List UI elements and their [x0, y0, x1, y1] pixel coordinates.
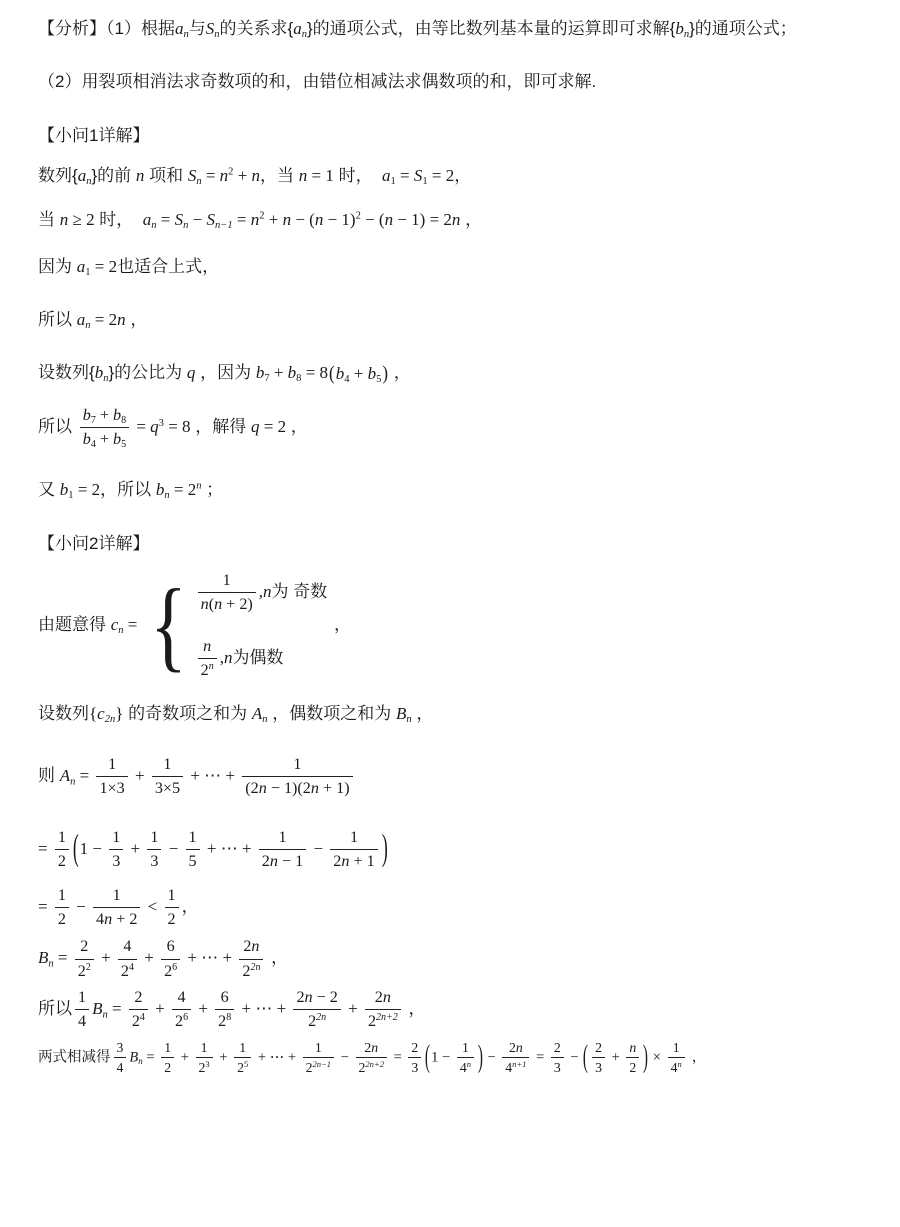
numerator: 2: [408, 1039, 421, 1056]
math-variable: b: [675, 19, 684, 38]
text-run: 设数列: [38, 704, 89, 723]
math-operator: 2: [164, 963, 172, 980]
fraction: 13×5: [152, 754, 183, 799]
math-variable: a: [293, 19, 302, 38]
left-paren: (: [328, 359, 336, 389]
math-variable: B: [92, 999, 102, 1018]
math-operator: 4: [78, 1013, 86, 1030]
math-operator: 2: [375, 989, 383, 1006]
math-variable: n: [117, 310, 126, 329]
math-operator: = 2: [259, 417, 286, 436]
math-operator: 2: [308, 1013, 316, 1030]
math-variable: A: [252, 704, 262, 723]
denominator: 28: [215, 1011, 234, 1032]
line-q-solve: 所以 b7 + b8b4 + b5 = q3 = 8 ，解得 q = 2 ，: [38, 405, 872, 450]
math-variable: a: [77, 257, 86, 276]
math-operator: + ⋯ +: [203, 839, 256, 858]
document-body: 【分析】（1）根据an与Sn的关系求{an}的通项公式，由等比数列基本量的运算即…: [38, 16, 872, 1077]
fraction-bar: [330, 849, 377, 850]
math-operator: =: [124, 615, 142, 634]
math-operator: =: [38, 839, 52, 858]
paren-group: (1 − 14n): [424, 1039, 484, 1076]
text-run: 时，: [95, 210, 143, 229]
denominator: 5: [186, 851, 200, 872]
math-variable: n: [371, 1040, 378, 1055]
numerator: 1: [161, 1039, 174, 1056]
math-operator: =: [396, 166, 414, 185]
numerator: 6: [218, 987, 232, 1008]
denominator: 22n−1: [303, 1059, 334, 1076]
math-variable: c: [97, 704, 105, 723]
fraction: 424: [118, 936, 137, 981]
numerator: 2n: [506, 1039, 526, 1056]
math-operator: 2: [262, 853, 270, 870]
fraction: 122n−1: [303, 1039, 334, 1076]
fraction: b7 + b8b4 + b5: [80, 405, 129, 450]
subscript: 8: [121, 415, 126, 426]
math-operator: +: [344, 999, 362, 1018]
math-operator: 1: [223, 572, 231, 589]
fraction: 426: [172, 987, 191, 1032]
math-operator: − 1) = 2: [393, 210, 452, 229]
text-run: 由题意得: [38, 615, 111, 634]
math-operator: 2: [188, 480, 197, 499]
math-operator: = 1: [307, 166, 334, 185]
fraction-bar: [55, 849, 69, 850]
math-operator: 5: [189, 853, 197, 870]
math-operator: 2: [80, 938, 88, 955]
fraction-bar: [93, 907, 140, 908]
text-run: 的奇数项之和为: [123, 704, 251, 723]
math-operator: + ⋯ +: [237, 999, 290, 1018]
math-operator: +: [177, 1050, 192, 1066]
math-variable: n: [629, 1040, 636, 1055]
paren-group: (b4 + b5): [328, 361, 389, 387]
math-operator: <: [143, 897, 161, 916]
fraction: 12: [161, 1039, 174, 1076]
math-operator: 1: [58, 887, 66, 904]
text-run: 又: [38, 480, 60, 499]
fraction-bar: [114, 1057, 127, 1058]
math-operator: − 1): [323, 210, 355, 229]
line-bn-formula: 又 b1 = 2，所以 bn = 2n ；: [38, 477, 872, 503]
right-paren: ): [381, 359, 389, 389]
paren-body: b4 + b5: [336, 361, 382, 387]
math-variable: n: [299, 166, 308, 185]
math-operator: =: [108, 999, 126, 1018]
fraction-bar: [152, 776, 183, 777]
math-variable: B: [396, 704, 406, 723]
math-operator: 4: [178, 989, 186, 1006]
line-bn-quarter: 所以14Bn = 224 + 426 + 628 + ⋯ + 2n − 222n…: [38, 987, 872, 1032]
text-run: ，解得: [191, 417, 251, 436]
denominator: 1×3: [96, 778, 127, 799]
text-run: 与: [189, 19, 206, 38]
numerator: 1: [165, 885, 179, 906]
denominator: 23: [196, 1059, 213, 1076]
fraction: 15: [186, 827, 200, 872]
math-operator: 2: [132, 1013, 140, 1030]
fraction-bar: [293, 1009, 340, 1010]
math-operator: +: [126, 839, 144, 858]
fraction-bar: [186, 849, 200, 850]
numerator: 1: [105, 754, 119, 775]
text-run: ，: [460, 210, 482, 229]
superscript: n: [677, 1059, 681, 1069]
denominator: 26: [161, 961, 180, 982]
math-operator: = 2: [74, 480, 101, 499]
numerator: 1: [110, 885, 124, 906]
paren-group: (1 − 13 + 13 − 15 + ⋯ + 12n − 1 − 12n + …: [72, 827, 388, 872]
denominator: 26: [172, 1011, 191, 1032]
math-operator: − (: [291, 210, 315, 229]
math-operator: +: [194, 999, 212, 1018]
fraction-bar: [165, 907, 179, 908]
math-operator: +: [151, 999, 169, 1018]
numerator: 1: [220, 570, 234, 591]
math-operator: 3: [411, 1060, 418, 1075]
text-run: }的通项公式，由等比数列基本量的运算即可求解{: [307, 19, 675, 38]
denominator: 22n+2: [365, 1011, 401, 1032]
superscript: 2n: [250, 962, 260, 973]
math-operator: 4: [117, 1060, 124, 1075]
denominator: 4n: [668, 1059, 685, 1076]
text-run: 当: [38, 210, 60, 229]
fraction: 2n − 222n: [293, 987, 340, 1032]
numerator: 1: [198, 1039, 211, 1056]
line-cn-cases: 由题意得 cn = {1n(n + 2),n为 奇数n2n,n为偶数 ，: [38, 570, 872, 681]
math-variable: n: [305, 989, 313, 1006]
math-variable: a: [77, 310, 86, 329]
fraction-bar: [129, 1009, 148, 1010]
math-operator: 1×3: [99, 780, 124, 797]
text-run: ，偶数项之和为: [268, 704, 396, 723]
math-variable: b: [113, 407, 121, 424]
fraction: 2n22n: [239, 936, 263, 981]
fraction-bar: [365, 1009, 401, 1010]
line-a1-fits: 因为 a1 = 2也适合上式，: [38, 254, 872, 280]
superscript: 4: [129, 962, 134, 973]
denominator: (2n − 1)(2n + 1): [242, 778, 352, 799]
math-variable: n: [252, 166, 261, 185]
math-operator: +: [96, 407, 113, 424]
case-row: 1n(n + 2),n为 奇数: [195, 570, 328, 615]
math-operator: 1: [239, 1040, 246, 1055]
fraction: 626: [161, 936, 180, 981]
fraction: 11×3: [96, 754, 127, 799]
math-operator: 1: [58, 829, 66, 846]
math-variable: n: [201, 596, 209, 613]
fraction: 12: [165, 885, 179, 930]
fraction: 13: [109, 827, 123, 872]
math-operator: 2: [58, 853, 66, 870]
fraction-bar: [75, 1009, 89, 1010]
math-variable: b: [336, 364, 345, 383]
math-variable: a: [143, 210, 152, 229]
numerator: 1: [75, 987, 89, 1008]
math-variable: n: [516, 1040, 523, 1055]
denominator: 24: [129, 1011, 148, 1032]
text-run: }的通项公式；: [689, 19, 797, 38]
fraction: 2n22n+2: [356, 1039, 387, 1076]
fraction: 12n + 1: [330, 827, 377, 872]
math-operator: 3: [117, 1040, 124, 1055]
math-operator: + 2): [222, 596, 253, 613]
math-operator: 1: [293, 756, 301, 773]
math-operator: − 1)(2: [267, 780, 311, 797]
superscript: n: [209, 661, 214, 672]
numerator: 4: [175, 987, 189, 1008]
superscript: 6: [183, 1012, 188, 1023]
math-operator: 3: [595, 1060, 602, 1075]
fraction: n2: [626, 1039, 639, 1076]
fraction: 628: [215, 987, 234, 1032]
fraction-bar: [147, 849, 161, 850]
math-variable: b: [288, 363, 297, 382]
fraction: 1(2n − 1)(2n + 1): [242, 754, 352, 799]
numerator: 2: [592, 1039, 605, 1056]
text-run: ，: [329, 615, 351, 634]
left-paren: (: [582, 1034, 589, 1082]
fraction-bar: [109, 849, 123, 850]
math-operator: 1: [201, 1040, 208, 1055]
text-run: 所以: [38, 417, 77, 436]
section-title-1: 【小问1详解】: [38, 123, 872, 149]
text-run: 的关系求{: [220, 19, 294, 38]
numerator: 2: [131, 987, 145, 1008]
denominator: 2n: [198, 660, 217, 681]
fraction: 34: [114, 1039, 127, 1076]
math-variable: A: [60, 766, 70, 785]
fraction-bar: [408, 1057, 421, 1058]
math-operator: =: [75, 766, 93, 785]
math-operator: 2: [134, 989, 142, 1006]
numerator: 1: [312, 1039, 325, 1056]
paren-group: (23 + n2): [582, 1039, 649, 1076]
denominator: 24: [118, 961, 137, 982]
math-operator: 1: [278, 829, 286, 846]
math-variable: b: [83, 407, 91, 424]
math-operator: ≥ 2: [68, 210, 94, 229]
math-operator: 4: [96, 911, 104, 928]
numerator: 2n: [361, 1039, 381, 1056]
fraction-bar: [626, 1057, 639, 1058]
math-operator: +: [608, 1050, 623, 1066]
math-operator: 2: [509, 1040, 516, 1055]
superscript: n: [467, 1059, 471, 1069]
math-operator: 2: [368, 1013, 376, 1030]
numerator: 1: [160, 754, 174, 775]
cases-column: 1n(n + 2),n为 奇数n2n,n为偶数: [195, 570, 328, 681]
fraction-bar: [96, 776, 127, 777]
math-variable: S: [175, 210, 184, 229]
math-operator: + ⋯ +: [254, 1050, 299, 1066]
math-operator: 2: [629, 1060, 636, 1075]
fraction-bar: [215, 1009, 234, 1010]
math-variable: S: [206, 19, 215, 38]
denominator: 4: [75, 1011, 89, 1032]
math-variable: b: [368, 364, 377, 383]
fraction-bar: [75, 959, 94, 960]
math-operator: =: [233, 210, 251, 229]
math-operator: 3: [554, 1060, 561, 1075]
denominator: 22: [75, 961, 94, 982]
numerator: b7 + b8: [80, 405, 129, 426]
math-operator: = 2: [91, 257, 118, 276]
math-operator: 1: [350, 829, 358, 846]
line-bn-sum: Bn = 222 + 424 + 626 + ⋯ + 2n22n ，: [38, 936, 872, 981]
math-operator: −: [337, 1050, 352, 1066]
denominator: 2n − 1: [259, 851, 306, 872]
math-operator: =: [170, 480, 188, 499]
fraction: 14: [75, 987, 89, 1032]
fraction: 222: [75, 936, 94, 981]
math-operator: =: [143, 1050, 158, 1066]
text-run: 数列{: [38, 166, 78, 185]
line-an-result: = 12 − 14n + 2 < 12，: [38, 885, 872, 930]
numerator: 1: [347, 827, 361, 848]
math-operator: 1: [168, 887, 176, 904]
fraction-bar: [80, 427, 129, 428]
left-paren: (: [72, 821, 80, 878]
math-operator: 2: [164, 1060, 171, 1075]
numerator: 2n − 2: [293, 987, 340, 1008]
math-operator: = 8: [301, 363, 328, 382]
superscript: 8: [226, 1012, 231, 1023]
math-operator: − (: [361, 210, 385, 229]
line-an-recurrence: 当 n ≥ 2 时， an = Sn − Sn−1 = n2 + n − (n …: [38, 207, 872, 233]
math-operator: 2: [595, 1040, 602, 1055]
fraction: 224: [129, 987, 148, 1032]
fraction: 13: [147, 827, 161, 872]
denominator: 4n+1: [502, 1059, 529, 1076]
text-run: 因为: [38, 257, 77, 276]
right-paren: ): [642, 1034, 649, 1082]
text-run: 【小问1详解】: [38, 126, 149, 145]
math-operator: 1: [108, 756, 116, 773]
text-run: ，当: [260, 166, 299, 185]
text-run: ，: [126, 310, 148, 329]
denominator: 3: [408, 1059, 421, 1076]
math-operator: 1 −: [80, 839, 107, 858]
text-run: ，: [182, 897, 199, 916]
superscript: 4: [140, 1012, 145, 1023]
text-run: 也适合上式，: [117, 257, 219, 276]
fraction-bar: [234, 1057, 251, 1058]
math-variable: b: [113, 431, 121, 448]
section-title-2: 【小问2详解】: [38, 531, 872, 557]
math-operator: = 2: [91, 310, 118, 329]
numerator: n: [626, 1039, 639, 1056]
fraction-bar: [118, 959, 137, 960]
line-an-formula: 所以 an = 2n ，: [38, 307, 872, 333]
numerator: n: [200, 636, 214, 657]
denominator: 22n: [305, 1011, 329, 1032]
text-run: ；: [201, 480, 223, 499]
superscript: 5: [244, 1059, 248, 1069]
math-operator: =: [54, 949, 72, 968]
subscript: 2n: [105, 714, 116, 725]
math-operator: ×: [649, 1050, 664, 1066]
fraction: n2n: [198, 636, 217, 681]
text-run: ，: [412, 704, 434, 723]
line-bn-setup: 设数列{bn}的公比为 q ，因为 b7 + b8 = 8(b4 + b5) ，: [38, 360, 872, 387]
math-operator: =: [532, 1050, 547, 1066]
fraction-bar: [198, 592, 256, 593]
math-operator: 2: [121, 963, 129, 980]
math-variable: n: [220, 166, 229, 185]
analysis-line-1: 【分析】（1）根据an与Sn的关系求{an}的通项公式，由等比数列基本量的运算即…: [38, 16, 872, 42]
numerator: 3: [114, 1039, 127, 1056]
math-operator: 1: [113, 887, 121, 904]
text-run: }的前: [91, 166, 135, 185]
denominator: 22n: [239, 961, 263, 982]
math-operator: =: [202, 166, 220, 185]
document-page: 【分析】（1）根据an与Sn的关系求{an}的通项公式，由等比数列基本量的运算即…: [38, 16, 872, 1077]
math-operator: 2: [201, 662, 209, 679]
numerator: 1: [147, 827, 161, 848]
denominator: 3: [551, 1059, 564, 1076]
math-operator: 1: [150, 829, 158, 846]
numerator: 1: [275, 827, 289, 848]
numerator: 1: [55, 885, 69, 906]
math-variable: n: [383, 989, 391, 1006]
numerator: 4: [120, 936, 134, 957]
text-run: 两式相减得: [38, 1050, 111, 1066]
denominator: 22n+2: [356, 1059, 387, 1076]
math-operator: − 2: [313, 989, 338, 1006]
math-operator: 3×5: [155, 780, 180, 797]
math-variable: n: [270, 853, 278, 870]
math-operator: 2: [237, 1060, 244, 1075]
paren-body: 23 + n2: [589, 1039, 642, 1076]
fraction: 2n4n+1: [502, 1039, 529, 1076]
math-operator: 1: [163, 756, 171, 773]
subscript: 5: [121, 439, 126, 450]
subscript: n−1: [215, 221, 233, 232]
math-operator: +: [96, 431, 113, 448]
fraction-bar: [55, 907, 69, 908]
fraction-bar: [242, 776, 352, 777]
superscript: 2n+2: [365, 1059, 384, 1069]
math-operator: +: [131, 766, 149, 785]
fraction: 14n: [457, 1039, 474, 1076]
math-operator: −: [164, 839, 182, 858]
math-variable: n: [203, 638, 211, 655]
fraction-bar: [668, 1057, 685, 1058]
text-run: 所以: [38, 999, 72, 1018]
numerator: 2: [77, 936, 91, 957]
superscript: 2n−1: [313, 1059, 332, 1069]
fraction-bar: [502, 1057, 529, 1058]
fraction: 14n: [668, 1039, 685, 1076]
text-run: 【小问2详解】: [38, 534, 149, 553]
numerator: 2n: [240, 936, 262, 957]
math-variable: n: [385, 210, 394, 229]
denominator: 4n + 2: [93, 909, 140, 930]
fraction-bar: [196, 1057, 213, 1058]
math-operator: 2: [411, 1040, 418, 1055]
math-variable: b: [83, 431, 91, 448]
right-paren: ): [477, 1034, 484, 1082]
text-run: （2）用裂项相消法求奇数项的和，由错位相减法求偶数项的和，即可求解.: [38, 72, 596, 91]
fraction-bar: [303, 1057, 334, 1058]
math-operator: −: [72, 897, 90, 916]
math-operator: + ⋯ +: [186, 766, 239, 785]
math-variable: B: [38, 949, 48, 968]
text-run: ，: [454, 166, 471, 185]
denominator: n(n + 2): [198, 594, 256, 615]
